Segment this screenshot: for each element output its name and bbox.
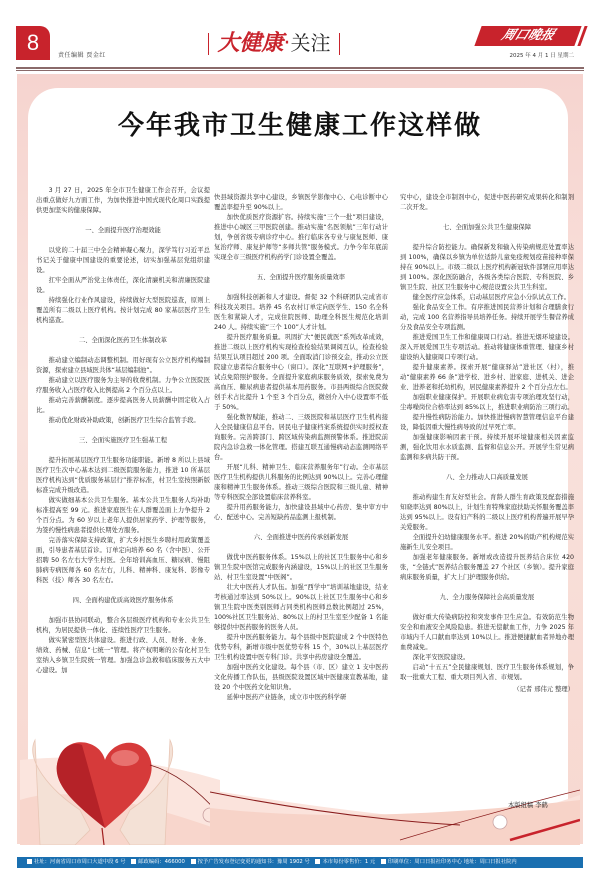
page-number: 8: [16, 26, 50, 60]
paragraph: 以党的二十届三中全会精神凝心聚力，深学笃行习近平总书记关于健康中国建设的重要论述…: [36, 246, 210, 276]
paragraph: 推动优化财政补助政策，创新医疗卫生综合监管手段。: [36, 416, 210, 426]
square-bullet-icon: [27, 859, 32, 864]
paragraph: 强化食品安全工作。有序推进国民营养计划和合理膳食行动，完成 100 名营养指导员…: [400, 303, 574, 333]
footer-postcode: 邮政编码：466000: [138, 859, 185, 865]
paragraph: 做优中医药服务体系。15%以上的社区卫生服务中心和乡镇卫生院中医馆完成服务内涵建…: [214, 553, 388, 583]
paragraph: 加强职业健康保护。开展职业病危害专项治理攻坚行动，尘毒噪岗位合格率达到 85%以…: [400, 393, 574, 413]
paragraph: 扛牢全面从严治党主体责任，深化清廉机关和清廉医院建设。: [36, 276, 210, 296]
paragraph: 提升医疗服务质量。巩固扩大“便民就医”系列改革成效，推进二级以上医疗机构实现检查…: [214, 333, 388, 413]
header-rule: [16, 67, 584, 69]
paragraph: 推动完善薪酬制度。逐步提高医务人员薪酬中固定收入占比。: [36, 396, 210, 416]
footer-bar: 社址：河南省周口市周口大道中段 6 号 邮政编码：466000 按予广告发布登记…: [17, 857, 583, 868]
subheading-6: 六、全面推进中医药传承创新发展: [214, 533, 388, 543]
paragraph: 持续强化行业作风建设，持续做好大型医院巡查，原则上覆盖所有二级以上医疗机构。按计…: [36, 296, 210, 326]
masthead: 8 责任编辑 贾金红 大健康·关注 周口晚报 2025 年 4 月 1 日 星期…: [16, 26, 584, 68]
paragraph: 加强市县协同联动，整合各层级医疗机构和专业公共卫生机构，为居民提供一体化、连续性…: [36, 616, 210, 636]
article-column-3: 究中心，建设全市制剂中心，促进中医药研究成果转化和制剂二次开发。 七、全面加强公…: [400, 193, 574, 695]
footer-printer: 印刷单位：周口日报社印务中心 地址：周口日报社院内: [388, 859, 517, 865]
subheading-9: 九、全力服务保障社会高质量发展: [400, 593, 574, 603]
header-rule-thin: [16, 70, 584, 71]
paragraph: 启动“十五五”全民健康规划、医疗卫生服务体系规划，争取一批重大工程、重大项目列入…: [400, 663, 574, 683]
paragraph: 完善落实保障支持政策，扩大乡村医生乡聘村用政策覆盖面，引导患者基层首诊。订单定向…: [36, 536, 210, 586]
paragraph: 推动建立以医疗服务为主导的收费机制。力争公立医院医疗服务收入占医疗收入比例提高 …: [36, 376, 210, 396]
paragraph: 加强健康影响因素干预。持续开展环境健康相关因素监测，强化饮用水水质监测、监督和信…: [400, 433, 574, 463]
paragraph: 做好重大传染病防控和突发事件卫生应急。有效防范生物安全和血液安全风险隐患。推进无…: [400, 613, 574, 653]
square-bullet-icon: [191, 859, 196, 864]
paragraph: 壮大中医药人才队伍。加强“西学中”培训基地建设，结业考核通过率达到 50%以上。…: [214, 583, 388, 633]
wave-decoration: [210, 780, 580, 845]
lead-paragraph: 3 月 27 日，2025 年全市卫生健康工作会召开，会议提出重点做好九方面工作…: [36, 186, 210, 216]
paragraph: 提升综合防控能力。确保新发和输入传染病规范处置率达到 100%，确保以乡镇为单位…: [400, 243, 574, 293]
divider-bar: [339, 33, 341, 55]
divider-bar: [208, 33, 210, 55]
paragraph: 推进爱国卫生工作和健康周口行动。推进无烟环境建设。深入开展爱国卫生专项活动。推动…: [400, 333, 574, 363]
paragraph: 健全医疗应急体系，启动基层医疗应急小分队试点工作。: [400, 293, 574, 303]
paragraph: 推动构建生育友好型社会。育龄人群生育政策及配套措施知晓率达到 80%以上，计划生…: [400, 493, 574, 533]
newspaper-logo: 周口晚报: [474, 26, 581, 46]
paragraph: 加强中医药文化建设。每个县（市、区）建立 1 支中医药文化传播工作队伍，县级医院…: [214, 663, 388, 693]
paragraph: 快县域资源共享中心建设，乡镇医学影像中心、心电诊断中心覆盖率提升至 90%以上。: [214, 193, 388, 213]
paragraph: 究中心，建设全市制剂中心，促进中医药研究成果转化和制剂二次开发。: [400, 193, 574, 213]
paragraph: 做实紧密型医共体建设。推进行政、人员、财务、业务、绩效、药械、信息“七统一”管理…: [36, 636, 210, 676]
footer-address: 社址：河南省周口市周口大道中段 6 号: [34, 859, 126, 865]
square-bullet-icon: [315, 859, 320, 864]
paragraph: 全面提升妇幼健康服务水平。推进 20%的助产机构规范实施新生儿安全项目。: [400, 533, 574, 553]
reporter-byline: （记者 邢伟元 整理）: [400, 685, 574, 695]
subheading-1: 一、全面提升医疗治理效能: [36, 226, 210, 236]
square-bullet-icon: [381, 859, 386, 864]
page-editor-signature: 本版组稿 李鹤: [508, 800, 548, 809]
paragraph: 提升慢性病防治能力。加快推进慢病智慧管理信息平台建设，降低因重大慢性病导致的过早…: [400, 413, 574, 433]
heart-hands-illustration: [20, 720, 220, 845]
section-title: 大健康·关注: [184, 28, 364, 58]
subheading-7: 七、全面加强公共卫生健康保障: [400, 223, 574, 233]
article-headline: 今年我市卫生健康工作这样做: [30, 105, 570, 142]
subheading-2: 二、全面深化医药卫生体制改革: [36, 336, 210, 346]
paragraph: 加快优质医疗资源扩容。持续实施“三个一批”项目建设，推进中心城区三甲医院创建。推…: [214, 213, 388, 263]
paragraph: 推动建立编制动态调整机制。用好现有公立医疗机构编制资源，探索建立县域医共体“基层…: [36, 356, 210, 376]
paragraph: 加强科技创新和人才建设。督促 32 个科研团队完成省市科技攻关项目。培养 45 …: [214, 293, 388, 333]
editor-credit: 责任编辑 贾金红: [58, 50, 106, 59]
section-title-black: 关注: [291, 31, 331, 55]
paragraph: 做实做细基本公共卫生服务。基本公共卫生服务人均补助标准提高至 99 元。推进家庭…: [36, 496, 210, 536]
paragraph: 加强老年健康服务。新增或改造提升医养结合床位 420 张，“全链式”医养结合服务…: [400, 553, 574, 583]
issue-date: 2025 年 4 月 1 日 星期二: [510, 51, 575, 59]
footer-price: 本市每份零售价：1 元: [322, 859, 375, 865]
paragraph: 延伸中医药产业链条，成立市中医药科学研: [214, 693, 388, 703]
subheading-3: 三、全面实施医疗卫生强基工程: [36, 436, 210, 446]
square-bullet-icon: [131, 859, 136, 864]
section-dot: ·: [284, 31, 291, 56]
paragraph: 深化平安医院建设。: [400, 653, 574, 663]
subheading-5: 五、全面提升医疗服务质量效率: [214, 273, 388, 283]
section-title-red: 大健康: [217, 30, 283, 56]
paragraph: 开展“儿科、精神卫生、临床营养服务年”行动。全市基层医疗卫生机构提供儿科服务的比…: [214, 463, 388, 503]
article-column-2: 快县域资源共享中心建设，乡镇医学影像中心、心电诊断中心覆盖率提升至 90%以上。…: [214, 193, 388, 703]
paragraph: 提升健康素养。探索开展“健康驿站”进社区（村），推动“健康素养 66 条”进学校…: [400, 363, 574, 393]
footer-ad-license: 按予广告发布登记变更的通知书：豫周 1902 号: [198, 859, 310, 865]
subheading-4: 四、全面构建优质高效医疗服务体系: [36, 596, 210, 606]
paragraph: 提升拓展基层医疗卫生服务功能职能。新增 8 所以上县域医疗卫生次中心基本达到二级…: [36, 456, 210, 496]
paragraph: 提升中医药服务能力。每个县级中医院建成 2 个中医特色优势专科，新增市级中医优势…: [214, 633, 388, 663]
article-column-1: 3 月 27 日，2025 年全市卫生健康工作会召开，会议提出重点做好九方面工作…: [36, 186, 210, 676]
paragraph: 强化数智赋能，推动二、三级医院和基层医疗卫生机构接入全民健康信息平台。居民电子健…: [214, 413, 388, 463]
subheading-8: 八、全力推动人口高质量发展: [400, 473, 574, 483]
paragraph: 提升用药服务能力，加快建设县域中心药房、集中审方中心、配送中心。完善短缺药品监测…: [214, 503, 388, 523]
